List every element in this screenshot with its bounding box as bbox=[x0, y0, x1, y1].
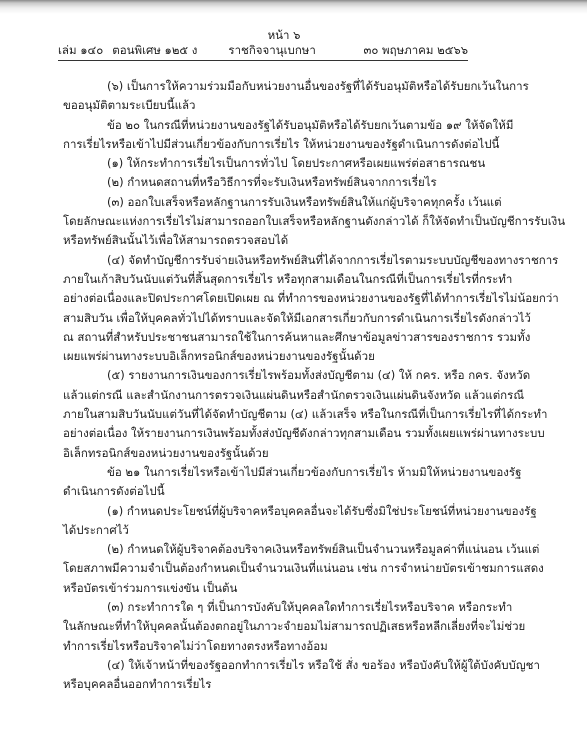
text-line: (๑) กำหนดประโยชน์ที่ผู้บริจาคหรือบุคคลอื… bbox=[63, 502, 547, 521]
paragraph-p12: (๔) ให้เจ้าหน้าที่ของรัฐออกทำการเรี่ยไร … bbox=[63, 656, 547, 695]
text-line: สามสิบวัน เพื่อให้บุคคลทั่วไปได้ทราบและจ… bbox=[63, 309, 547, 328]
text-line: หรือทรัพย์สินนั้นไว้เพื่อให้สามารถตรวจสอ… bbox=[63, 231, 547, 250]
page-header: หน้า ๖ เล่ม ๑๔๐ ตอนพิเศษ ๑๒๕ ง ราชกิจจาน… bbox=[58, 28, 468, 61]
text-line: (๔) ให้เจ้าหน้าที่ของรัฐออกทำการเรี่ยไร … bbox=[63, 656, 547, 675]
text-line: โดยลักษณะแห่งการเรี่ยไรไม่สามารถออกใบเสร… bbox=[63, 212, 547, 231]
text-line: ภายในสามสิบวันนับแต่วันที่ได้จัดทำบัญชีต… bbox=[63, 405, 547, 424]
paragraph-p9: (๑) กำหนดประโยชน์ที่ผู้บริจาคหรือบุคคลอื… bbox=[63, 502, 547, 541]
text-line: อย่างต่อเนื่อง ให้รายงานการเงินพร้อมทั้ง… bbox=[63, 424, 547, 443]
text-line: (๖) เป็นการให้ความร่วมมือกับหน่วยงานอื่น… bbox=[63, 77, 547, 96]
text-line: ดำเนินการดังต่อไปนี้ bbox=[63, 482, 547, 501]
paragraph-p7: (๕) รายงานการเงินของการเรี่ยไรพร้อมทั้งส… bbox=[63, 366, 547, 462]
text-line: การเรี่ยไรหรือเข้าไปมีส่วนเกี่ยวข้องกับก… bbox=[63, 135, 547, 154]
volume-label: เล่ม ๑๔๐ bbox=[58, 42, 103, 58]
text-line: ได้ประกาศไว้ bbox=[63, 521, 547, 540]
text-line: หรือบุคคลอื่นออกทำการเรี่ยไร bbox=[63, 675, 547, 694]
window-top-shadow bbox=[0, 0, 587, 14]
paragraph-p8: ข้อ ๒๑ ในการเรี่ยไรหรือเข้าไปมีส่วนเกี่ย… bbox=[63, 463, 547, 502]
text-line: ขออนุมัติตามระเบียบนี้แล้ว bbox=[63, 96, 547, 115]
paragraph-p11: (๓) กระทำการใด ๆ ที่เป็นการบังคับให้บุคค… bbox=[63, 598, 547, 656]
text-line: เผยแพร่ผ่านทางระบบอิเล็กทรอนิกส์ของหน่วย… bbox=[63, 347, 547, 366]
text-line: ข้อ ๒๐ ในกรณีที่หน่วยงานของรัฐได้รับอนุม… bbox=[63, 116, 547, 135]
text-line: ในลักษณะที่ทำให้บุคคลนั้นต้องตกอยู่ในภาว… bbox=[63, 617, 547, 636]
paragraph-p6: (๔) จัดทำบัญชีการรับจ่ายเงินหรือทรัพย์สิ… bbox=[63, 251, 547, 367]
paragraph-p10: (๒) กำหนดให้ผู้บริจาคต้องบริจาคเงินหรือท… bbox=[63, 540, 547, 598]
text-line: (๓) ออกใบเสร็จหรือหลักฐานการรับเงินหรือท… bbox=[63, 193, 547, 212]
text-line: (๑) ให้กระทำการเรี่ยไรเป็นการทั่วไป โดยป… bbox=[63, 154, 547, 173]
text-line: อิเล็กทรอนิกส์ของหน่วยงานของรัฐนั้นด้วย bbox=[63, 444, 547, 463]
text-line: อย่างต่อเนื่องและปิดประกาศโดยเปิดเผย ณ ท… bbox=[63, 289, 547, 308]
page-number: หน้า ๖ bbox=[100, 28, 468, 42]
text-line: ข้อ ๒๑ ในการเรี่ยไรหรือเข้าไปมีส่วนเกี่ย… bbox=[63, 463, 547, 482]
paragraph-p3: (๑) ให้กระทำการเรี่ยไรเป็นการทั่วไป โดยป… bbox=[63, 154, 547, 173]
text-line: ทำการเรี่ยไรหรือบริจาคไม่ว่าโดยทางตรงหรื… bbox=[63, 637, 547, 656]
text-line: ภายในเก้าสิบวันนับแต่วันที่สิ้นสุดการเรี… bbox=[63, 270, 547, 289]
paragraph-p1: (๖) เป็นการให้ความร่วมมือกับหน่วยงานอื่น… bbox=[63, 77, 547, 116]
paragraph-p4: (๒) กำหนดสถานที่หรือวิธีการที่จะรับเงินห… bbox=[63, 173, 547, 192]
text-line: (๔) จัดทำบัญชีการรับจ่ายเงินหรือทรัพย์สิ… bbox=[63, 251, 547, 270]
paragraph-p2: ข้อ ๒๐ ในกรณีที่หน่วยงานของรัฐได้รับอนุม… bbox=[63, 116, 547, 155]
text-line: (๕) รายงานการเงินของการเรี่ยไรพร้อมทั้งส… bbox=[63, 366, 547, 385]
header-divider bbox=[58, 60, 468, 61]
publication-date: ๓๐ พฤษภาคม ๒๕๖๖ bbox=[363, 42, 468, 58]
text-line: ณ สถานที่สำหรับประชาชนสามารถใช้ในการค้นห… bbox=[63, 328, 547, 347]
gazette-header-row: เล่ม ๑๔๐ ตอนพิเศษ ๑๒๕ ง ราชกิจจานุเบกษา … bbox=[58, 42, 468, 58]
text-line: (๓) กระทำการใด ๆ ที่เป็นการบังคับให้บุคค… bbox=[63, 598, 547, 617]
issue-label: ตอนพิเศษ ๑๒๕ ง bbox=[112, 42, 197, 58]
text-line: โดยสภาพมีความจำเป็นต้องกำหนดเป็นจำนวนเงิ… bbox=[63, 559, 547, 578]
text-line: (๒) กำหนดให้ผู้บริจาคต้องบริจาคเงินหรือท… bbox=[63, 540, 547, 559]
gazette-name: ราชกิจจานุเบกษา bbox=[228, 42, 315, 58]
text-line: แล้วแต่กรณี และสำนักงานการตรวจเงินแผ่นดิ… bbox=[63, 386, 547, 405]
document-body: (๖) เป็นการให้ความร่วมมือกับหน่วยงานอื่น… bbox=[63, 77, 547, 695]
text-line: (๒) กำหนดสถานที่หรือวิธีการที่จะรับเงินห… bbox=[63, 173, 547, 192]
paragraph-p5: (๓) ออกใบเสร็จหรือหลักฐานการรับเงินหรือท… bbox=[63, 193, 547, 251]
text-line: หรือบัตรเข้าร่วมการแข่งขัน เป็นต้น bbox=[63, 579, 547, 598]
